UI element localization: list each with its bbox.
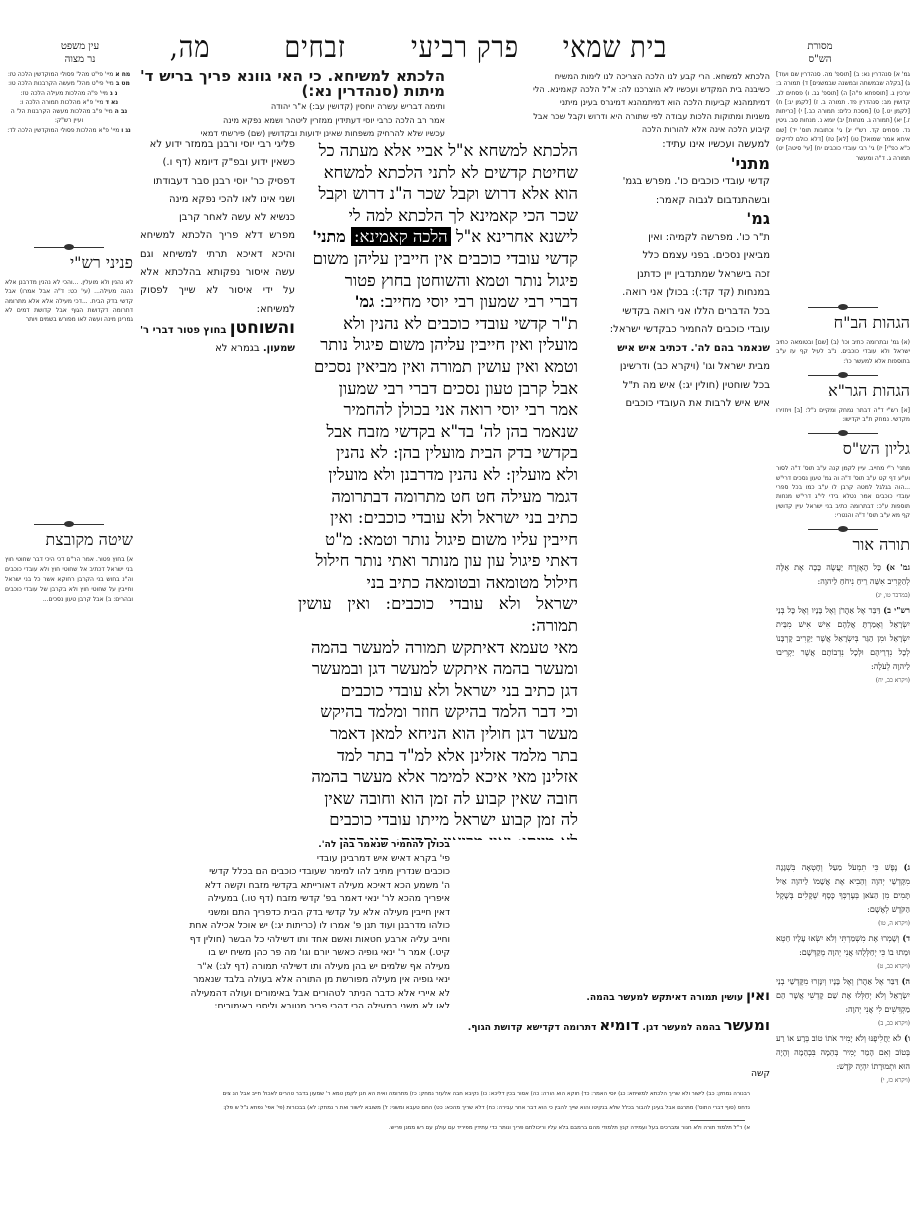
ornament-divider bbox=[808, 304, 878, 310]
torah-or-title: תורה אור bbox=[776, 534, 910, 556]
tosafot-line: דאין חייבין מעילה אלא על קדשי בדק הבית כ… bbox=[140, 906, 450, 920]
tosafot-line: דפסיק כר' יוסי רבנן סבר דעבודתו bbox=[140, 173, 295, 191]
chapter-name: בית שמאי bbox=[551, 28, 679, 68]
rashi-side: למעשה ועכשיו אינו עתיד: מתני' קדשי עובדי… bbox=[585, 136, 770, 996]
rashi-line: למעשה ועכשיו אינו עתיד: bbox=[585, 136, 770, 155]
ornament-divider bbox=[34, 244, 104, 250]
entry-text: מיי' פי"ט מהל' מעשה הקרבנות הלכה טו: bbox=[8, 80, 114, 87]
rashi-bottom: ומעשר בהמה למעשר דגן. דומיא דתרומה דקדיש… bbox=[140, 1018, 770, 1088]
gemara-line: דגן כתיב בני ישראל ולא עובדי כוכבים bbox=[298, 680, 578, 702]
gemara-fragment: דברי רבי שמעון רבי יוסי מחייב: bbox=[379, 292, 578, 311]
footnote-divider bbox=[690, 1120, 745, 1121]
ornament-divider bbox=[808, 372, 878, 378]
entry-text: מיי' פי"ט מהל' פסולי המוקדשין הלכה טז: bbox=[8, 71, 113, 78]
gemara-line: לה זמן קבוע ישראל מייתו עובדי כוכבים bbox=[298, 809, 578, 831]
tosafot-line: פליגי רבי יוסי ורבנן בממזר ידוע לא bbox=[140, 136, 295, 154]
footnote-line-3: א) ר"ל תלמוד תורה ולא חנור ומברכים בעל ו… bbox=[340, 1124, 750, 1136]
hagahot-hagra-text: [א] רש"י ד"ה דבתר נמחק ומקיים נ"ל: [ב] ו… bbox=[776, 406, 910, 425]
tosafot-line: ותימה דבריש עשרה יוחסין (קדושין עב:) א"ר… bbox=[140, 100, 445, 113]
rashi-line: משניות ומתוקות הלכות עבודה לפי שתורה היא… bbox=[455, 110, 770, 123]
gemara-line: אזלינן מאי איכא למימר אלא מעשר בהמה bbox=[298, 766, 578, 788]
rashi-line: כשיבנה בית המקדש ועכשיו לא הוצרכנו לה: א… bbox=[455, 83, 770, 96]
gemara-line: כתיב בני ישראל ולא עובדי כוכבים: ואין bbox=[298, 507, 578, 529]
pnei-rashi-text: לא נהנין ולא מועלין. ...והכי לא נהנין מד… bbox=[5, 278, 133, 324]
gemara-line: חובה שאין קבוע לה זמן הוא וחובה שאין bbox=[298, 788, 578, 810]
rashi-line: שנאמר בהם לה'. דכתיב איש איש bbox=[585, 340, 770, 359]
gemara-line: פיגול נותר וטמא והשוחטן בחוץ פטור bbox=[298, 270, 578, 292]
entry-text: מיי' פ"א מהלכות פסולי המוקדשין הלכה לד: bbox=[7, 127, 119, 134]
gemara-line: אמר רבי יוסי רואה אני בכולן להחמיר bbox=[298, 399, 578, 421]
shita-mekubetzet-title: שיטה מקובצת bbox=[5, 529, 133, 551]
verse-ref: (במדבר טו, יג) bbox=[776, 589, 910, 603]
gemara-line: דאתי פיגול עון עון מנותר ואתי נותר חילול bbox=[298, 550, 578, 572]
gemara-line: הלכתא למשחא א"ל אביי אלא מעתה כל bbox=[298, 140, 578, 162]
rashi-line: בכל שוחטין (חולין יג:) איש מה ת"ל bbox=[585, 377, 770, 396]
masoret-text: גמ' א) סנהדרין נא: ב) [תוספ' מה. סנהדרין… bbox=[776, 71, 910, 162]
tosafot-line: ינאי גופיה אין מעילה מפורשת מן התורה אלא… bbox=[140, 973, 450, 987]
gemara-line: בקדשי בדק הבית מועלין בהן: לא נהנין bbox=[298, 442, 578, 464]
ornament-divider bbox=[34, 521, 104, 527]
ein-mishpat-entry: נב ה מיי' פ"ב מהלכות מעשה הקרבנות הל' ה … bbox=[5, 107, 133, 126]
gemara-line: קדשי עובדי כוכבים אין חייבין עליהן משום bbox=[298, 248, 578, 270]
rashi-last-word: קשה bbox=[140, 1067, 770, 1081]
tosafot-line: פי' בקרא דאיש איש דמרבינן עובדי bbox=[140, 852, 450, 866]
tosafot-side: פליגי רבי יוסי ורבנן בממזר ידוע לא כשאין… bbox=[140, 136, 295, 836]
ornament-divider bbox=[808, 430, 878, 436]
gilyon-hashas-title: גליון הש"ס bbox=[776, 438, 910, 460]
ein-mishpat-entry: נג ו מיי' פ"א מהלכות פסולי המוקדשין הלכה… bbox=[5, 126, 133, 135]
tosafot-dibur-hamatchil: והשוחטן bbox=[230, 318, 295, 338]
gemara-fragment: לישנא אחרינא א"ל bbox=[456, 227, 578, 246]
tosafot-line: קיט.) אמר ר' ינאי גופיה כאשר יורם וגו' מ… bbox=[140, 946, 450, 960]
verse-text: דַּבֵּר אֶל אַהֲרֹן וְאֶל בָּנָיו וְאֶל … bbox=[776, 606, 910, 671]
gemara-text: הלכתא למשחא א"ל אביי אלא מעתה כל שחיטת ק… bbox=[298, 140, 578, 840]
rashi-line: ובשהתנדבום לגבוה קאמר: bbox=[585, 192, 770, 211]
tosafot-line: הלכתא למשיחא. כי האי גוונא פריך בריש ד' … bbox=[140, 70, 445, 100]
rashi-dibur-hamatchil: דומיא bbox=[599, 1018, 639, 1034]
entry-letter: נב ה bbox=[115, 108, 128, 115]
ein-mishpat-entry: מט ב מיי' פי"ט מהל' מעשה הקרבנות הלכה טו… bbox=[5, 79, 133, 88]
rashi-heading: ואין עושין תמורה דאיתקש למעשר בהמה. bbox=[300, 990, 770, 1004]
masoret-hashas: גמ' א) סנהדרין נא: ב) [תוספ' מה. סנהדרין… bbox=[776, 70, 910, 300]
verse-ref: (ויקרא כב, יח) bbox=[776, 674, 910, 688]
rashi-line: במנחות (קד קד:): בכולן אני רואה. bbox=[585, 284, 770, 303]
rashi-line: איש איש לרבות את העובדי כוכבים bbox=[585, 395, 770, 414]
ein-mishpat-entry: נא ד מיי' פ"א מהלכות תמורה הלכה ו: bbox=[5, 98, 133, 107]
verse-text: דַּבֵּר אֶל אַהֲרֹן וְאֶל בָּנָיו וְיִנָ… bbox=[776, 977, 910, 1014]
torah-or-verse: גמ' א) כָּל הָאֶזְרָח יַעֲשֶׂה כָּכָה אֶ… bbox=[776, 560, 910, 603]
entry-text: מיי' פ"א מהלכות תמורה הלכה ו: bbox=[20, 99, 104, 106]
tosafot-line: וחייב עליה ארבע חטאות ואשם אחד ותו דשילה… bbox=[140, 933, 450, 947]
verse-label: רש"י ב) bbox=[883, 605, 910, 615]
gemara-line: אבל קרבן טעון נסכים דברי רבי שמעון bbox=[298, 378, 578, 400]
shita-mekubetzet: שיטה מקובצת א) בחוץ פטור. אמר הר"ם דכי ה… bbox=[5, 515, 133, 1085]
rashi-line: הלכתא למשחא. הרי קבע לנו הלכה הצריכה לנו… bbox=[455, 70, 770, 83]
tosafot-line: כנשיא לא עשה לאחר קרבן bbox=[140, 209, 295, 227]
entry-letter: מט ב bbox=[116, 80, 130, 87]
mishnah-marker: מתני' bbox=[312, 227, 346, 246]
rashi-line: קדשי עובדי כוכבים כו'. מפרש בגמ' bbox=[585, 173, 770, 192]
entry-letter: נא ד bbox=[105, 99, 118, 106]
verse-label: ג) bbox=[904, 862, 910, 872]
entry-letter: נג ו bbox=[121, 127, 131, 134]
verse-label: ה) bbox=[902, 976, 910, 986]
gemara-line: הוא אלא דרוש וקבל שכר ה"נ דרוש וקבל bbox=[298, 183, 578, 205]
gemara-line: שחיטת קדשים לא לתני הלכתא למשחא bbox=[298, 162, 578, 184]
gemara-line: דגמר מעילה חט חט מתרומה דבתרומה bbox=[298, 486, 578, 508]
ein-mishpat-label: עין משפט נר מצוה bbox=[30, 40, 130, 66]
gemara-line: וטמא ואין עושין תמורה ואין מביאין נסכים bbox=[298, 356, 578, 378]
rashi-line: דמיתמהנא קביעות הלכה הוא דמיתמהנא דמיגרס… bbox=[455, 96, 770, 109]
tosafot-line: מעילה אף שלמים יש בהן מעילה ותו דשילהי ת… bbox=[140, 960, 450, 974]
ein-mishpat: מח א מיי' פי"ט מהל' פסולי המוקדשין הלכה … bbox=[5, 70, 133, 240]
torah-or-verse: ו) לֹא יַחֲלִיפֶנּוּ וְלֹא יָמִיר אֹתוֹ … bbox=[776, 1031, 910, 1088]
tosafot-line: כוכבים שנדרין מתיב להו למימר שעובדי כוכב… bbox=[140, 865, 450, 879]
hagahot-hagra-title: הגהות הגר"א bbox=[776, 380, 910, 402]
label-line: נר מצוה bbox=[30, 53, 130, 66]
rashi-dibur-hamatchil: ומעשר bbox=[724, 1018, 770, 1034]
chapter-title: פרק רביעי bbox=[401, 28, 529, 68]
footnote-line-1: רבנורה נמחק: כב) לישור ולא שריך הלכתא למ… bbox=[60, 1090, 750, 1104]
verse-text: וְשָׁמְרוּ אֶת מִשְׁמַרְתִּי וְלֹא יִשְׂ… bbox=[776, 934, 910, 957]
torah-or-verse: ג) נֶפֶשׁ כִּי תִמְעֹל מַעַל וְחָטְאָה ב… bbox=[776, 860, 910, 931]
footnote-line-2: נדחס (סוף דברי התוס') מתרגם אבל בעינן לה… bbox=[60, 1104, 750, 1118]
right-notes: הגהות הב"ח (א) גמ' ובתרומה כתיב וכו' (ב)… bbox=[776, 298, 910, 898]
gemara-line: מאי טעמא דאיתקש תמורה למעשר בהמה bbox=[298, 637, 578, 659]
gemara-line: ישראל ולא עובדי כוכבים: ואין עושין תמורה… bbox=[298, 593, 578, 636]
gemara-line: מועלין ואין חייבין עליהן משום פיגול נותר bbox=[298, 334, 578, 356]
tosafot-top: הלכתא למשיחא. כי האי גוונא פריך בריש ד' … bbox=[140, 70, 445, 137]
tosafot-line: ה' משמע הכא דאיכא מעילה דאורייתא בקדשי מ… bbox=[140, 879, 450, 893]
verse-text: נֶפֶשׁ כִּי תִמְעֹל מַעַל וְחָטְאָה בִּש… bbox=[776, 863, 910, 914]
tosafot-heading: והשוחטן בחוץ פטור דברי ר' שמעון. בגמרא ל… bbox=[140, 319, 295, 359]
rashi-bottom-lead: ואין עושין תמורה דאיתקש למעשר בהמה. bbox=[300, 990, 770, 1016]
gemara-line: בתר מלמד אזלינן אלא למ"ד בתר למד bbox=[298, 745, 578, 767]
rashi-heading-rest: עושין תמורה דאיתקש למעשר בהמה. bbox=[586, 992, 743, 1003]
rashi-gemara-marker: גמ' bbox=[585, 210, 770, 229]
rashi-line: זכה בישראל שמתנדבין יין כדתנן bbox=[585, 266, 770, 285]
rashi-line: עובדי כוכבים להחמיר כבקדשי ישראל: bbox=[585, 321, 770, 340]
tosafot-paragraph: מפרש דלא פריך הלכתא למשיחא והיכא דאיכא ת… bbox=[140, 227, 295, 318]
tosafot-line: כולהו מדרבנן ועוד תנן פ' אמרו לו (כריתות… bbox=[140, 919, 450, 933]
verse-ref: (ויקרא כב, ט) bbox=[776, 960, 910, 974]
tosafot-lead: הלכתא למשיחא. כי האי גוונא פריך בריש ד' … bbox=[140, 70, 445, 100]
tosafot-line: אמר רב הלכה כרבי יוסי דעתידין ממזרין ליט… bbox=[140, 114, 445, 127]
gemara-line: מעשר דגן חולין הוא הניחא למאן דאמר bbox=[298, 723, 578, 745]
gemara-line: ומעשר בהמה איתקש למעשר דגן ובמעשר bbox=[298, 658, 578, 680]
torah-or-verse: ה) דַּבֵּר אֶל אַהֲרֹן וְאֶל בָּנָיו וְי… bbox=[776, 974, 910, 1031]
label-line: הש"ס bbox=[770, 53, 870, 66]
gemara-line: דברי רבי שמעון רבי יוסי מחייב: גמ' bbox=[298, 291, 578, 313]
verse-label: ד) bbox=[902, 933, 910, 943]
rashi-heading-rest: בהמה למעשר דגן. bbox=[642, 1022, 720, 1033]
torah-or-continued: ג) נֶפֶשׁ כִּי תִמְעֹל מַעַל וְחָטְאָה ב… bbox=[776, 860, 910, 1100]
talmud-page: מסורת הש"ס בית שמאי פרק רביעי זבחים מה, … bbox=[0, 0, 914, 1213]
gemara-line: חייבין עליו משום פיגול נותר וטמא: מ"ט bbox=[298, 529, 578, 551]
gemara-line: שכר הכי קאמינא לך הלכתא למה לי bbox=[298, 205, 578, 227]
halacha-kamina-highlight: הלכה קאמינא: bbox=[351, 227, 451, 246]
rashi-top: הלכתא למשחא. הרי קבע לנו הלכה הצריכה לנו… bbox=[455, 70, 770, 137]
pnei-rashi: פניני רש"י לא נהנין ולא מועלין. ...והכי … bbox=[5, 238, 133, 518]
gemara-line: ת"ר קדשי עובדי כוכבים לא נהנין ולא bbox=[298, 313, 578, 335]
entry-text: מיי' פ"ב מהלכות מעשה הקרבנות הל' ה ועיין… bbox=[11, 108, 113, 124]
ornament-divider bbox=[808, 526, 878, 532]
gemara-line: וכי דבר הלמד בהיקש חוזר ומלמד בהיקש bbox=[298, 701, 578, 723]
rashi-line: מביאין נסכים. בפני עצמם כלל bbox=[585, 247, 770, 266]
torah-or-verse: ד) וְשָׁמְרוּ אֶת מִשְׁמַרְתִּי וְלֹא יִ… bbox=[776, 931, 910, 974]
gemara-line: חילול מטומאה ובטומאה כתיב בני bbox=[298, 572, 578, 594]
gemara-line: ולא מועלין: לא נהנין מדרבנן ולא מועלין bbox=[298, 464, 578, 486]
hagahot-habach-title: הגהות הב"ח bbox=[776, 312, 910, 334]
tosafot-line: איפריך מהכא לר' ינאי דאמר בפ' קדשי מזבח … bbox=[140, 892, 450, 906]
shita-mekubetzet-text: א) בחוץ פטור. אמר הר"ם דכי היכי דבר שחוט… bbox=[5, 555, 133, 605]
hagahot-habach-text: (א) גמ' ובתרומה כתיב וכו' (ב) [שם] ובטומ… bbox=[776, 338, 910, 366]
masoret-hashas-label: מסורת הש"ס bbox=[770, 40, 870, 66]
gemara-line: לישנא אחרינא א"ל הלכה קאמינא: מתני' bbox=[298, 226, 578, 248]
entry-letter: מח א bbox=[115, 71, 130, 78]
gemara-line: שנאמר בהן לה' בד"א בקדשי מזבח אבל bbox=[298, 421, 578, 443]
tosafot-line: בגמרא לא bbox=[215, 343, 260, 354]
rashi-line: בכל הדברים הללו אני רואה בקדשי bbox=[585, 303, 770, 322]
verse-label: גמ' א) bbox=[886, 562, 910, 572]
rashi-dibur-hamatchil: ואין bbox=[746, 990, 770, 1004]
verse-text: לֹא יַחֲלִיפֶנּוּ וְלֹא יָמִיר אֹתוֹ טוֹ… bbox=[776, 1034, 910, 1071]
rashi-line: קיבוע הלכה אינה אלא להורות הלכה bbox=[455, 123, 770, 136]
tosafot-line: כשאין ידוע ובפ"ק דיומא (דף ו.) bbox=[140, 154, 295, 172]
verse-label: ו) bbox=[904, 1033, 910, 1043]
torah-or-verse: רש"י ב) דַּבֵּר אֶל אַהֲרֹן וְאֶל בָּנָי… bbox=[776, 603, 910, 688]
tosafot-lead: בכולן להחמיר שנאמר בהן לה'. bbox=[140, 838, 450, 852]
verse-ref: (ויקרא כב, ב) bbox=[776, 1017, 910, 1031]
verse-ref: (ויקרא כז, י) bbox=[776, 1074, 910, 1088]
rashi-line: מבית ישראל וגו' (ויקרא כב) ודרשינן bbox=[585, 358, 770, 377]
verse-ref: (ויקרא ה, טו) bbox=[776, 917, 910, 931]
gemara-marker: גמ' bbox=[355, 292, 375, 311]
tosafot-bottom: בכולן להחמיר שנאמר בהן לה'. פי' בקרא דאי… bbox=[140, 838, 450, 1008]
ein-mishpat-entry: נ ג מיי' פ"ה מהלכות מעילה הלכה טז: bbox=[5, 89, 133, 98]
rashi-line: ת"ר כו'. מפרשה לקמיה: ואין bbox=[585, 229, 770, 248]
label-line: מסורת bbox=[770, 40, 870, 53]
pnei-rashi-title: פניני רש"י bbox=[5, 252, 133, 274]
label-line: עין משפט bbox=[30, 40, 130, 53]
page-number: מה, bbox=[165, 28, 216, 68]
rashi-heading-rest: דתרומה דקדישא קדושת הגוף. bbox=[468, 1022, 597, 1033]
tosafot-line: ושני אינו לאו להכי נפקא מינה bbox=[140, 191, 295, 209]
gilyon-hashas-text: מתני' ר"י מחייב. עיין לקמן קנה ע"ב תוס' … bbox=[776, 464, 910, 520]
ein-mishpat-entry: מח א מיי' פי"ט מהל' פסולי המוקדשין הלכה … bbox=[5, 70, 133, 79]
entry-letter: נ ג bbox=[110, 90, 118, 97]
rashi-mishnah-marker: מתני' bbox=[585, 155, 770, 174]
entry-text: מיי' פ"ה מהלכות מעילה הלכה טז: bbox=[21, 90, 108, 97]
tractate-name: זבחים bbox=[264, 28, 366, 68]
